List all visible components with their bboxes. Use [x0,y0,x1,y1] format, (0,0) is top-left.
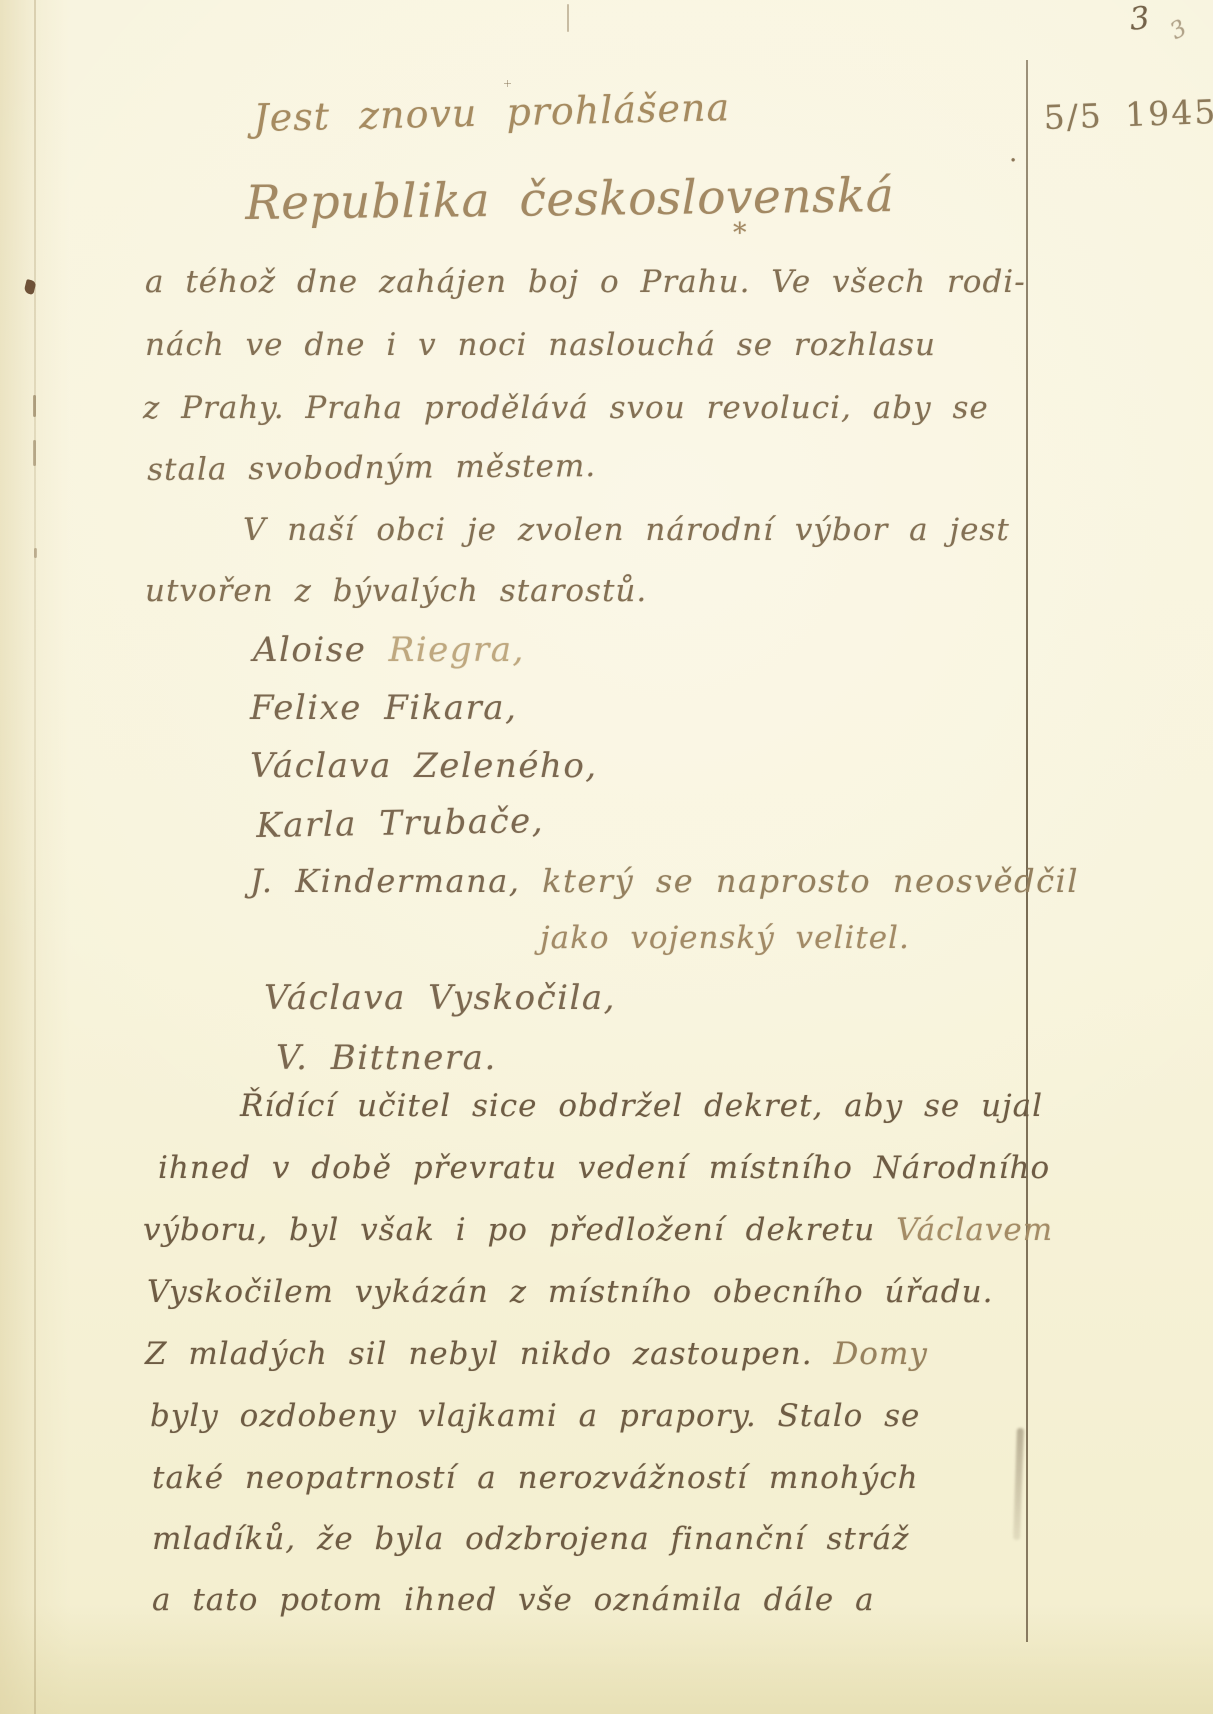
line-segment: Z mladých sil nebyl nikdo zastoupen. [145,1336,833,1372]
committee-member-name: J. Kindermana, který se naprosto neosvěd… [250,862,1079,900]
committee-member-name: Karla Trubače, [256,801,544,846]
body-line: Vyskočilem vykázán z místního obecního ú… [147,1274,993,1310]
top-edge-mark [567,4,569,32]
body-line: a tato potom ihned vše oznámila dále a [152,1582,875,1618]
page-number-ghost: 3 [1166,15,1192,45]
page-number: 3 [1128,0,1152,38]
body-line: také neopatrností a nerozvážností mnohýc… [152,1460,919,1496]
body-line: Z mladých sil nebyl nikdo zastoupen. Dom… [145,1336,928,1372]
line-segment: Aloise [253,630,389,670]
entry-date: 5/5 1945. [1043,92,1213,137]
ink-speck [33,395,36,417]
body-line: utvořen z bývalých starostů. [145,573,647,609]
margin-ruled-line [1026,60,1028,1642]
line-segment-faded: Domy [833,1336,927,1372]
body-line: Řídící učitel sice obdržel dekret, aby s… [240,1088,1043,1124]
body-line: byly ozdobeny vlajkami a prapory. Stalo … [150,1398,920,1434]
title-line: Jest znovu prohlášena [253,85,731,140]
committee-member-name: Václava Zeleného, [250,746,598,786]
committee-member-name: Aloise Riegra, [253,630,525,670]
body-line: stala svobodným městem. [147,448,596,488]
line-segment-faded: Václavem [896,1212,1053,1248]
body-line: a téhož dne zahájen boj o Prahu. Ve všec… [145,264,1026,300]
stray-ink-dot: . [1009,138,1018,168]
committee-member-name: Václava Vyskočila, [264,978,616,1018]
ink-speck [34,548,37,558]
body-line: výboru, byl však i po předložení dekretu… [143,1212,1053,1248]
line-segment-faded: Riegra, [389,630,525,670]
proclamation-heading: Republika československá [245,168,895,231]
chronicle-page-scan: 3 3 . 5/5 1945. Jest znovu prohlášena Re… [0,0,1213,1714]
heading-asterisk: * [733,218,748,249]
committee-member-name: V. Bittnera. [276,1038,497,1078]
body-line: V naší obci je zvolen národní výbor a je… [243,512,1010,548]
line-segment: výboru, byl však i po předložení dekretu [143,1212,896,1248]
body-line: mladíků, že byla odzbrojena finanční str… [152,1521,909,1557]
body-line: z Prahy. Praha prodělává svou revoluci, … [143,390,989,426]
member-role-note: jako vojenský velitel. [540,920,910,956]
binding-crease [34,0,36,1714]
committee-member-name: Felixe Fikara, [250,688,517,728]
line-segment-faded: který se naprosto neosvědčil [542,862,1079,900]
ink-speck [33,440,36,466]
line-segment: J. Kindermana, [250,862,542,900]
body-line: nách ve dne i v noci naslouchá se rozhla… [145,327,936,363]
scan-artifact-hair [1013,1428,1024,1540]
body-line: ihned v době převratu vedení místního Ná… [158,1150,1050,1186]
small-cross-mark [504,80,511,87]
